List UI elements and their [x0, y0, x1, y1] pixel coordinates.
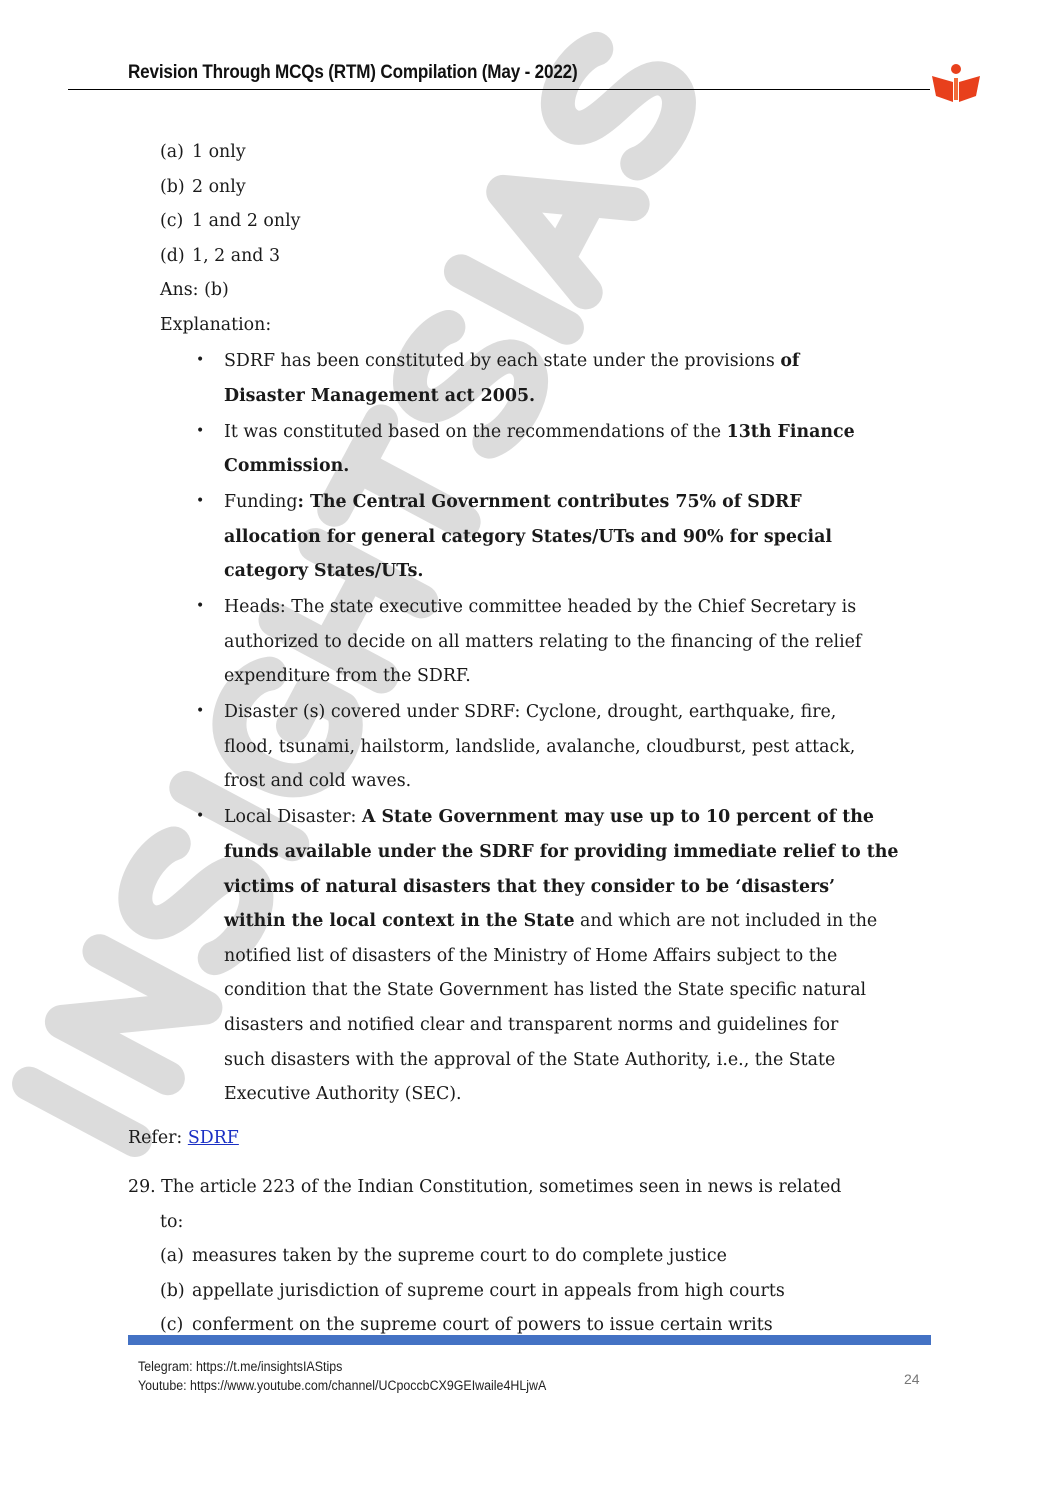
option-text: conferment on the supreme court of power… — [192, 1315, 773, 1335]
answer-option: (a)1 only — [160, 141, 246, 163]
text: Funding — [224, 492, 298, 512]
answer-option: (c)1 and 2 only — [160, 210, 300, 232]
page-number: 24 — [904, 1371, 920, 1387]
footer-youtube-link[interactable]: Youtube: https://www.youtube.com/channel… — [138, 1378, 546, 1393]
bold-text: 13th Finance — [727, 422, 855, 442]
bold-text: of — [780, 351, 799, 371]
bullet-icon: • — [196, 808, 204, 824]
explanation-line: expenditure from the SDRF. — [224, 665, 471, 687]
text: SDRF has been constituted by each state … — [224, 351, 780, 371]
explanation-line: disasters and notified clear and transpa… — [224, 1014, 838, 1036]
text: Heads: The state executive committee hea… — [224, 597, 856, 617]
question-29-text-cont: to: — [160, 1211, 183, 1233]
explanation-line: flood, tsunami, hailstorm, landslide, av… — [224, 736, 855, 758]
explanation-line: Local Disaster: A State Government may u… — [224, 806, 874, 828]
bold-text: A State Government may use up to 10 perc… — [362, 807, 874, 827]
bullet-icon: • — [196, 352, 204, 368]
explanation-line: allocation for general category States/U… — [224, 526, 832, 548]
text: It was constituted based on the recommen… — [224, 422, 727, 442]
bold-text: funds available under the SDRF for provi… — [224, 842, 898, 862]
explanation-line: within the local context in the State an… — [224, 910, 877, 932]
option-label: (d) — [160, 245, 192, 267]
option-label: (c) — [160, 1314, 192, 1336]
text: Local Disaster: — [224, 807, 362, 827]
explanation-line: Disaster Management act 2005. — [224, 385, 535, 407]
option-text: appellate jurisdiction of supreme court … — [192, 1281, 785, 1301]
bold-text: : The Central Government contributes 75%… — [298, 492, 802, 512]
footer-divider-bar — [128, 1335, 931, 1345]
text: frost and cold waves. — [224, 771, 411, 791]
text: Disaster (s) covered under SDRF: Cyclone… — [224, 702, 836, 722]
explanation-line: Executive Authority (SEC). — [224, 1083, 462, 1105]
explanation-line: Commission. — [224, 455, 349, 477]
answer-option: (a)measures taken by the supreme court t… — [160, 1245, 727, 1267]
explanation-line: Funding: The Central Government contribu… — [224, 491, 802, 513]
option-text: 1 and 2 only — [192, 211, 300, 231]
text: notified list of disasters of the Minist… — [224, 946, 837, 966]
refer-label: Refer: — [128, 1128, 188, 1148]
text: such disasters with the approval of the … — [224, 1050, 835, 1070]
bold-text: category States/UTs. — [224, 561, 424, 581]
text: authorized to decide on all matters rela… — [224, 632, 861, 652]
option-label: (c) — [160, 210, 192, 232]
header-divider — [68, 89, 930, 90]
text: condition that the State Government has … — [224, 980, 866, 1000]
option-label: (b) — [160, 1280, 192, 1302]
explanation-line: Disaster (s) covered under SDRF: Cyclone… — [224, 701, 836, 723]
explanation-line: frost and cold waves. — [224, 770, 411, 792]
explanation-line: condition that the State Government has … — [224, 979, 866, 1001]
bold-text: allocation for general category States/U… — [224, 527, 832, 547]
answer-option: (b)appellate jurisdiction of supreme cou… — [160, 1280, 785, 1302]
explanation-line: SDRF has been constituted by each state … — [224, 350, 799, 372]
explanation-line: authorized to decide on all matters rela… — [224, 631, 861, 653]
refer-sdrf-link[interactable]: SDRF — [188, 1128, 239, 1148]
explanation-line: funds available under the SDRF for provi… — [224, 841, 898, 863]
option-label: (b) — [160, 176, 192, 198]
bullet-icon: • — [196, 703, 204, 719]
answer-option: (b)2 only — [160, 176, 246, 198]
option-label: (a) — [160, 141, 192, 163]
text: Executive Authority (SEC). — [224, 1084, 462, 1104]
document-header-title: Revision Through MCQs (RTM) Compilation … — [128, 62, 578, 84]
bullet-icon: • — [196, 598, 204, 614]
explanation-line: victims of natural disasters that they c… — [224, 876, 835, 898]
text: expenditure from the SDRF. — [224, 666, 471, 686]
bold-text: within the local context in the State — [224, 911, 575, 931]
explanation-line: Heads: The state executive committee hea… — [224, 596, 856, 618]
option-text: measures taken by the supreme court to d… — [192, 1246, 727, 1266]
option-label: (a) — [160, 1245, 192, 1267]
bullet-icon: • — [196, 423, 204, 439]
explanation-line: It was constituted based on the recommen… — [224, 421, 855, 443]
option-text: 1, 2 and 3 — [192, 246, 280, 266]
answer-key: Ans: (b) — [160, 279, 229, 301]
footer-telegram-link[interactable]: Telegram: https://t.me/insightsIAStips — [138, 1359, 342, 1374]
bullet-icon: • — [196, 493, 204, 509]
option-text: 2 only — [192, 177, 246, 197]
question-29-text: 29. The article 223 of the Indian Consti… — [128, 1176, 841, 1198]
answer-option: (d)1, 2 and 3 — [160, 245, 280, 267]
option-text: 1 only — [192, 142, 246, 162]
text: and which are not included in the — [575, 911, 878, 931]
explanation-line: notified list of disasters of the Minist… — [224, 945, 837, 967]
explanation-heading: Explanation: — [160, 314, 271, 336]
refer-line: Refer: SDRF — [128, 1127, 239, 1149]
bold-text: Disaster Management act 2005. — [224, 386, 535, 406]
text: flood, tsunami, hailstorm, landslide, av… — [224, 737, 855, 757]
explanation-line: such disasters with the approval of the … — [224, 1049, 835, 1071]
insights-book-logo-icon — [926, 62, 986, 104]
bold-text: Commission. — [224, 456, 349, 476]
text: disasters and notified clear and transpa… — [224, 1015, 838, 1035]
answer-option: (c)conferment on the supreme court of po… — [160, 1314, 773, 1336]
explanation-line: category States/UTs. — [224, 560, 424, 582]
bold-text: victims of natural disasters that they c… — [224, 877, 835, 897]
